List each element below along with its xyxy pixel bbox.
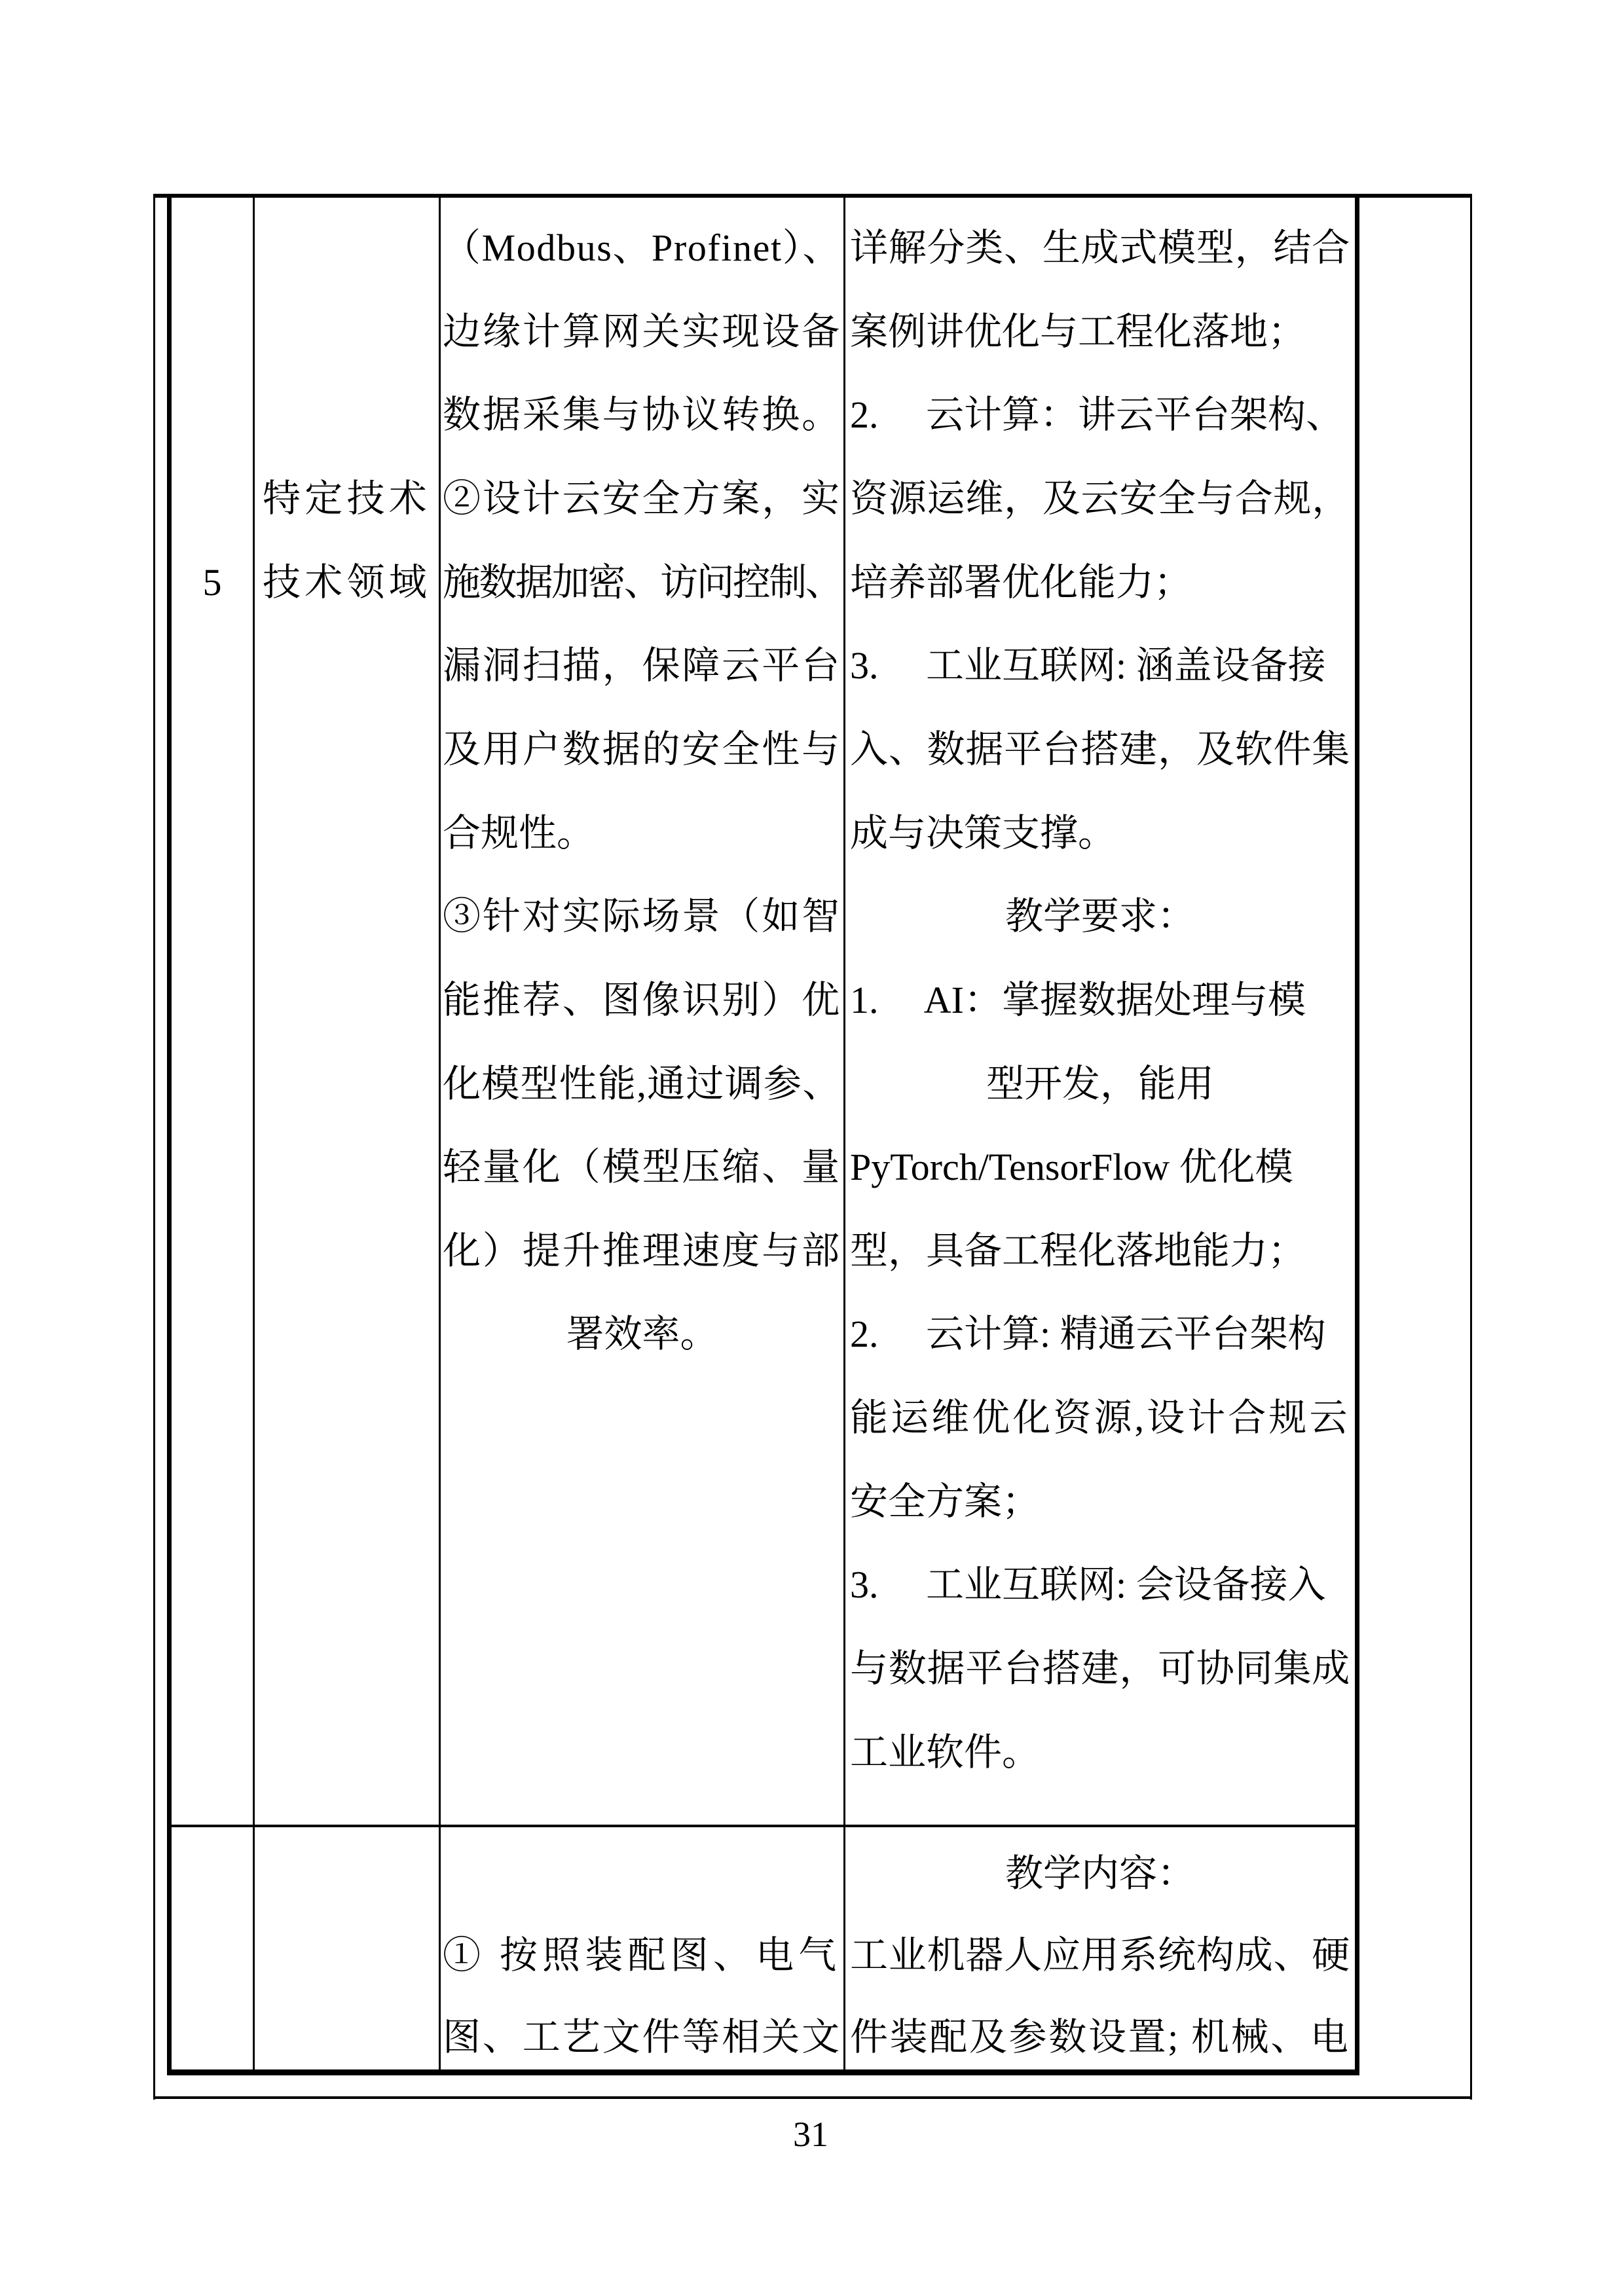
row6-teaching-line: 教学内容： [850,1851,1350,1896]
row5-teaching-line: 安全方案； [850,1480,1350,1524]
row6-teaching-line: 件装配及参数设置; 机械、电 [850,2015,1350,2060]
row5-teaching-line: 1. AI：掌握数据处理与模 [850,978,1350,1023]
row5-work-task-line: 署效率。 [443,1312,841,1357]
column-divider-no-category [253,194,255,2075]
row6-teaching-line: 工业机器人应用系统构成、硬 [850,1933,1350,1978]
row5-category-line: 特定技术 [263,477,431,521]
row5-teaching-line: 案例讲优化与工程化落地； [850,310,1350,354]
row5-work-task-line: 轻量化（模型压缩、量 [443,1145,841,1190]
row5-teaching-line: 详解分类、生成式模型，结合 [850,226,1350,270]
row5-teaching-line: 教学要求： [850,894,1350,939]
row5-teaching-line: 3. 工业互联网: 会设备接入 [850,1563,1350,1607]
row5-teaching-line: 能运维优化资源,设计合规云 [850,1396,1350,1440]
table-row-divider [167,1825,1359,1827]
frame-left-border [153,194,155,2100]
frame-bottom-border [153,2096,1472,2099]
row5-work-task-line: 数据采集与协议转换。 [443,393,841,437]
row5-work-task-line: 能推荐、图像识别）优 [443,978,841,1023]
row5-work-task-line: 施数据加密、访问控制、 [443,560,841,605]
table-right-border [1355,194,1359,2075]
table-left-border [167,194,172,2075]
column-divider-category-task [439,194,441,2075]
row5-work-task-line: 合规性。 [443,811,841,856]
row5-teaching-line: 培养部署优化能力； [850,560,1350,605]
row5-work-task-line: 漏洞扫描，保障云平台 [443,644,841,688]
row5-teaching-line: 工业软件。 [850,1730,1350,1775]
row5-category-line: 技术领域 [263,560,431,605]
row5-teaching-line: 成与决策支撑。 [850,811,1350,856]
column-divider-task-teaching [843,194,845,2075]
row5-work-task-line: ②设计云安全方案，实 [443,477,841,521]
row5-work-task-line: 及用户数据的安全性与 [443,727,841,772]
row5-teaching-line: PyTorch/TensorFlow 优化模 [850,1145,1350,1190]
row5-teaching-line: 型开发，能用 [850,1062,1350,1106]
row6-work-task-line: ① 按照装配图、电气 [443,1933,841,1978]
document-page: 5 特定技术技术领域 （Modbus、Profinet）、边缘计算网关实现设备数… [0,0,1624,2296]
row5-teaching-line: 2. 云计算：讲云平台架构、 [850,393,1350,437]
row5-work-task-line: 边缘计算网关实现设备 [443,310,841,354]
row5-work-task-line: ③针对实际场景（如智 [443,894,841,939]
row5-teaching-line: 资源运维，及云安全与合规， [850,477,1350,521]
row5-index-line: 5 [173,560,251,605]
row5-teaching-line: 型，具备工程化落地能力； [850,1229,1350,1273]
frame-top-border [153,194,1472,198]
row5-work-task-line: 化模型性能,通过调参、 [443,1062,841,1106]
page-number: 31 [765,2113,857,2155]
row5-work-task-line: 化）提升推理速度与部 [443,1229,841,1273]
table-pagebreak-border [167,2069,1359,2075]
row5-work-task-line: （Modbus、Profinet）、 [443,226,841,270]
row5-teaching-line: 与数据平台搭建，可协同集成 [850,1647,1350,1691]
row5-teaching-line: 入、数据平台搭建，及软件集 [850,727,1350,772]
row5-teaching-line: 3. 工业互联网: 涵盖设备接 [850,644,1350,688]
row6-work-task-line: 图、工艺文件等相关文 [443,2015,841,2060]
frame-right-border [1470,194,1472,2100]
row5-teaching-line: 2. 云计算: 精通云平台架构 [850,1312,1350,1357]
